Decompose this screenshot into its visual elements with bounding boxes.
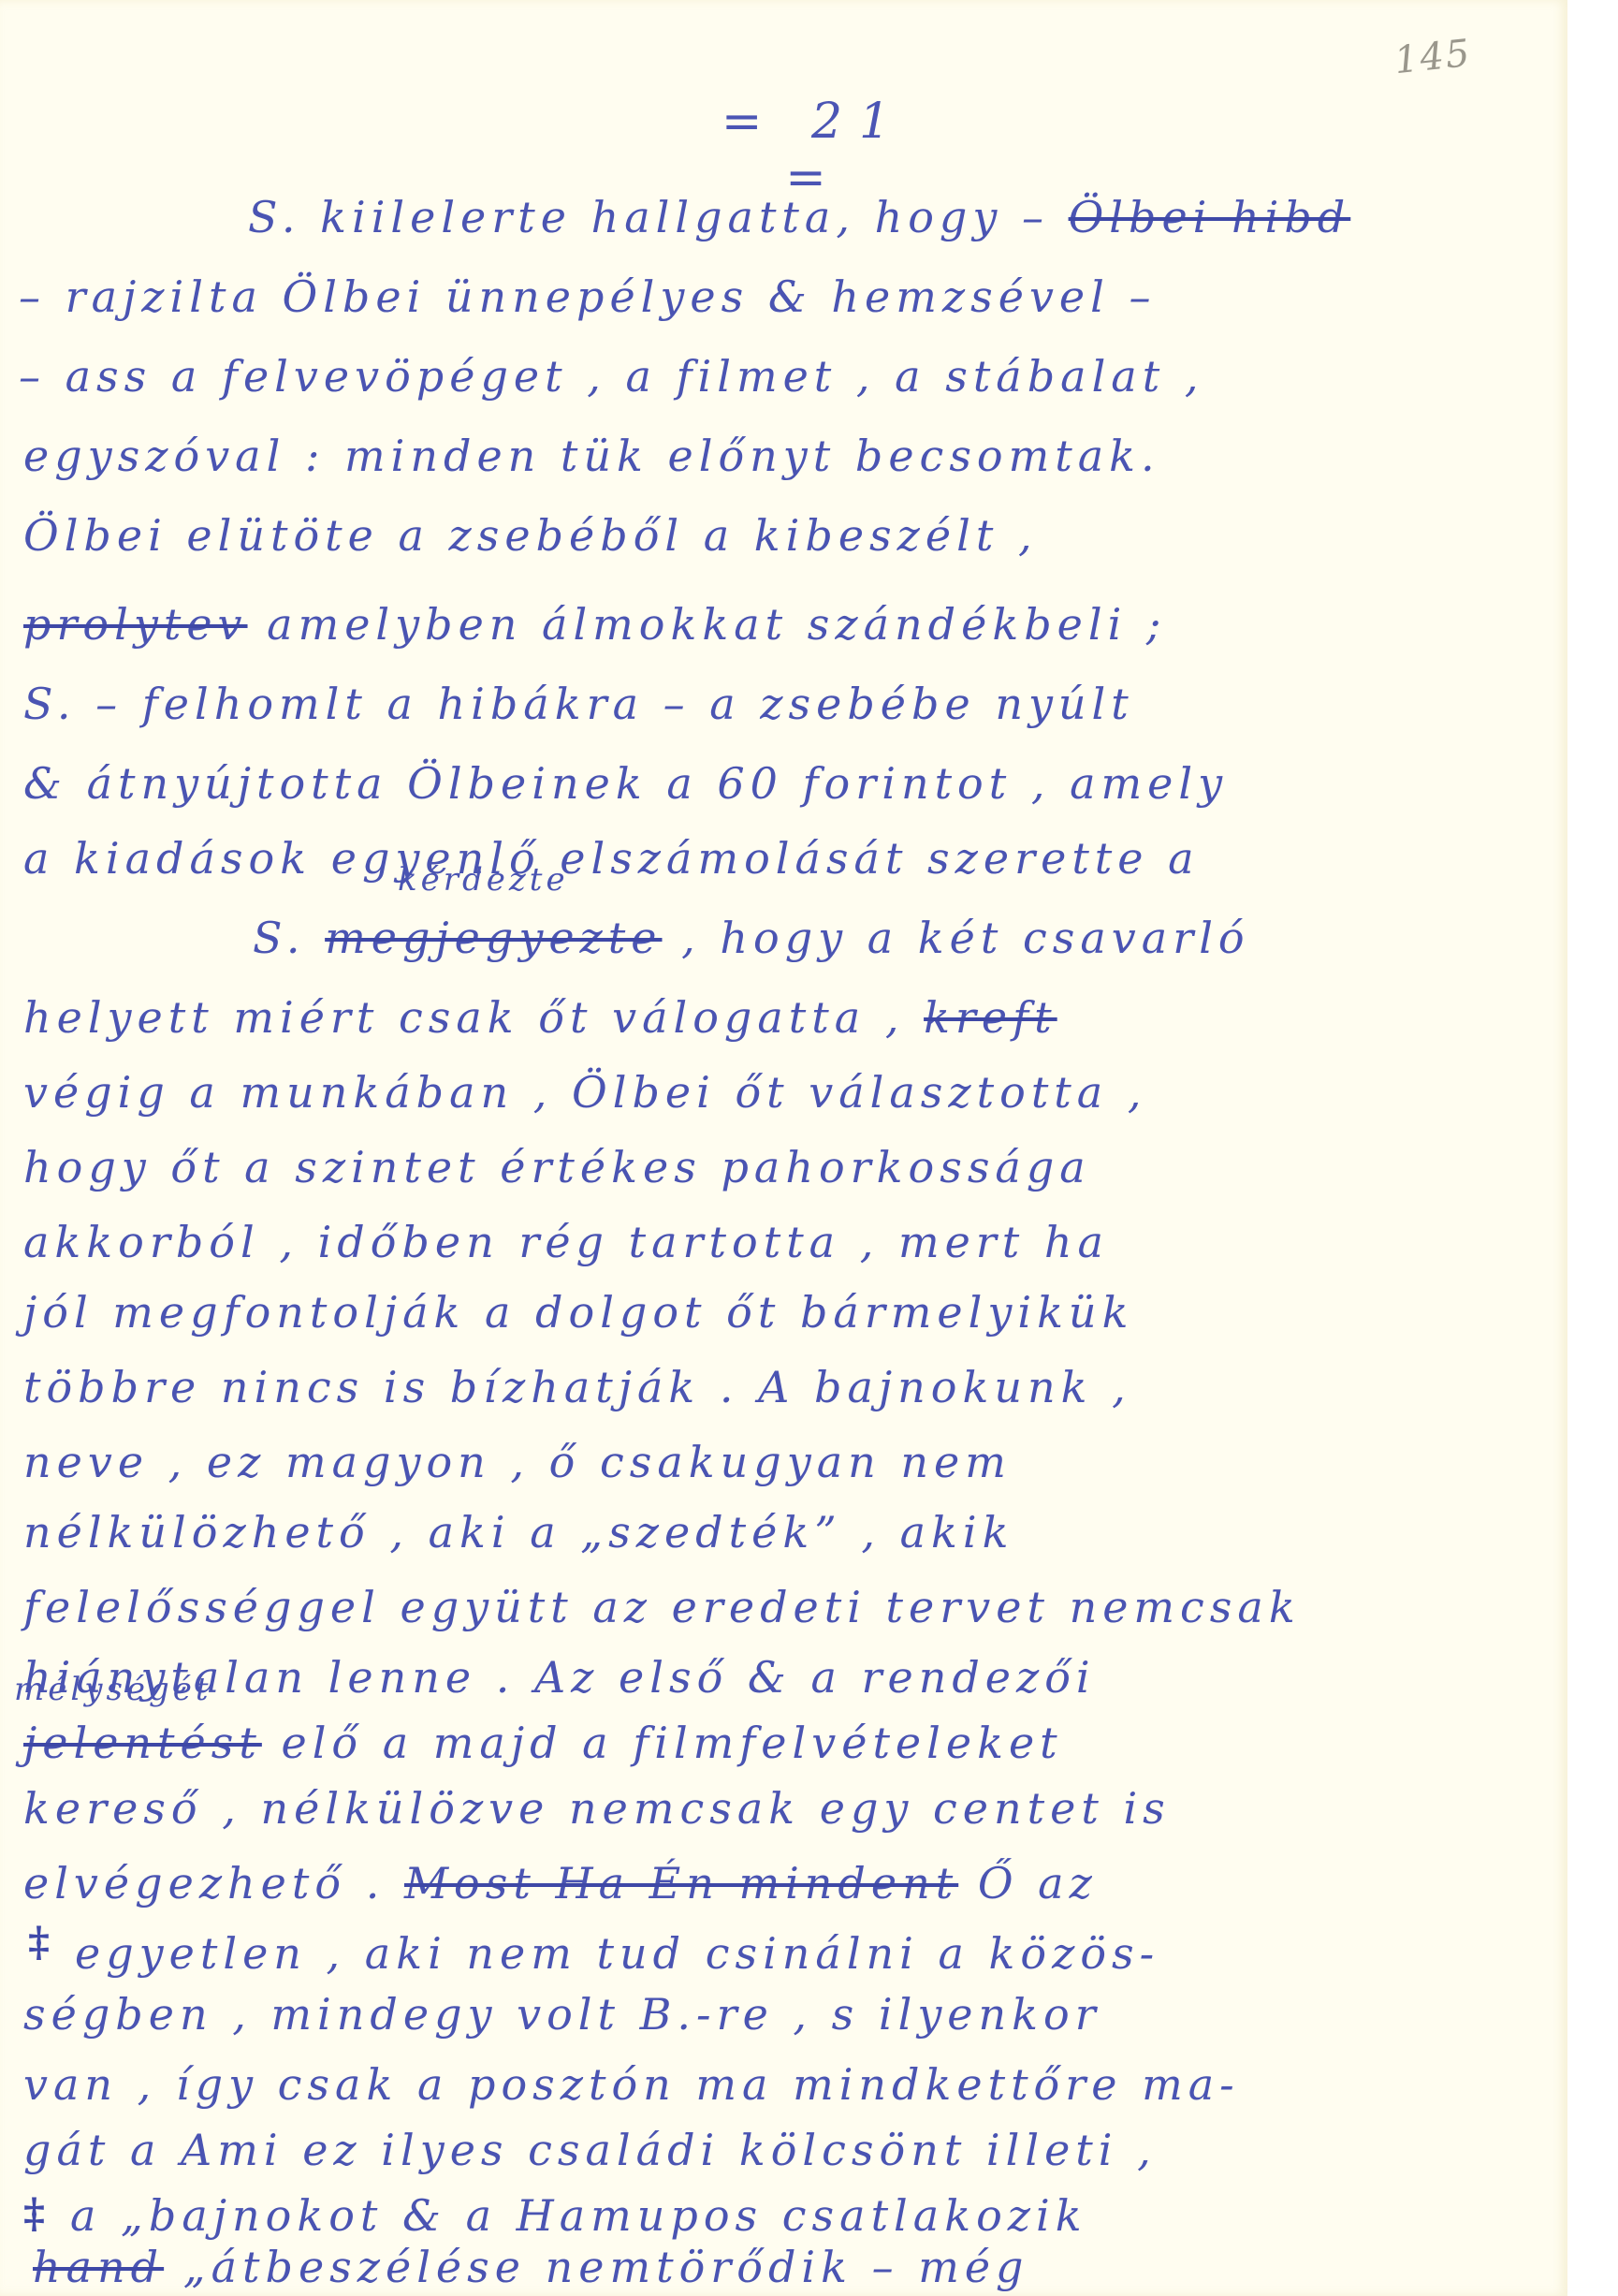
insertion-text: mélységét bbox=[14, 1671, 212, 1708]
manuscript-line: akkorból , időben rég tartotta , mert ha bbox=[23, 1217, 1109, 1267]
line-text: egyetlen , aki nem tud csinálni a közös- bbox=[75, 1928, 1159, 1979]
line-text: amelyben álmokkat szándékbeli ; bbox=[267, 599, 1166, 650]
line-text: , hogy a két csavarló bbox=[681, 913, 1249, 963]
manuscript-line: – ass a felvevöpéget , a filmet , a stáb… bbox=[19, 351, 1203, 402]
manuscript-line: & átnyújtotta Ölbeinek a 60 forintot , a… bbox=[23, 758, 1228, 809]
manuscript-page: 145 = 21 = S. kiilelerte hallgatta, hogy… bbox=[0, 0, 1567, 2296]
line-text: – rajzilta Ölbei ünnepélyes & hemzsével … bbox=[19, 271, 1156, 322]
line-text: Ő az bbox=[978, 1858, 1098, 1908]
line-text: gát a Ami ez ilyes családi kölcsönt ille… bbox=[23, 2125, 1157, 2175]
line-text: végig a munkában , Ölbei őt választotta … bbox=[23, 1067, 1146, 1118]
manuscript-line: egyetlen , aki nem tud csinálni a közös- bbox=[75, 1928, 1159, 1979]
line-text: & átnyújtotta Ölbeinek a 60 forintot , a… bbox=[23, 758, 1228, 809]
line-text: többre nincs is bízhatják . A bajnokunk … bbox=[23, 1362, 1131, 1412]
manuscript-line: végig a munkában , Ölbei őt választotta … bbox=[23, 1067, 1146, 1118]
insertion-text: kérdezte bbox=[398, 861, 569, 899]
margin-mark-icon: ‡ bbox=[28, 1919, 50, 1967]
manuscript-line: jól megfontolják a dolgot őt bármelyikük bbox=[23, 1287, 1133, 1338]
line-text: S. – felhomlt a hibákra – a zsebébe nyúl… bbox=[23, 679, 1134, 729]
line-text: jól megfontolják a dolgot őt bármelyikük bbox=[23, 1287, 1133, 1338]
line-text: akkorból , időben rég tartotta , mert ha bbox=[23, 1217, 1109, 1267]
manuscript-line: hand „átbeszélése nemtörődik – még bbox=[33, 2242, 1029, 2292]
line-text: elvégezhető . bbox=[23, 1858, 404, 1908]
line-text: helyett miért csak őt válogatta , bbox=[23, 992, 904, 1043]
struck-text: Ölbei hibd bbox=[1069, 192, 1351, 242]
line-text: ségben , mindegy volt B.-re , s ilyenkor bbox=[23, 1989, 1101, 2040]
manuscript-line: – rajzilta Ölbei ünnepélyes & hemzsével … bbox=[19, 271, 1156, 322]
line-text: hogy őt a szintet értékes pahorkossága bbox=[23, 1142, 1091, 1192]
line-text: felelősséggel együtt az eredeti tervet n… bbox=[23, 1582, 1301, 1632]
manuscript-line: neve , ez magyon , ő csakugyan nem bbox=[23, 1437, 1012, 1487]
line-text: Ölbei elütöte a zsebéből a kibeszélt , bbox=[23, 510, 1038, 561]
manuscript-line: kereső , nélkülözve nemcsak egy centet i… bbox=[23, 1783, 1171, 1834]
line-text: S. kiilelerte hallgatta, hogy – bbox=[248, 192, 1049, 242]
struck-text: jelentést bbox=[23, 1718, 262, 1768]
struck-text: megjegyezte bbox=[325, 913, 662, 963]
line-text: van , így csak a posztón ma mindkettőre … bbox=[23, 2059, 1240, 2110]
manuscript-line: felelősséggel együtt az eredeti tervet n… bbox=[23, 1582, 1301, 1632]
line-text: neve , ez magyon , ő csakugyan nem bbox=[23, 1437, 1012, 1487]
manuscript-line: van , így csak a posztón ma mindkettőre … bbox=[23, 2059, 1240, 2110]
manuscript-line: elvégezhető . Most Ha Én mindent Ő az bbox=[23, 1858, 1098, 1908]
archive-number: 145 bbox=[1392, 32, 1474, 82]
struck-text: hand bbox=[33, 2242, 164, 2292]
manuscript-line: jelentést elő a majd a filmfelvételeket bbox=[23, 1718, 1063, 1768]
manuscript-line: S. megjegyezte , hogy a két csavarló bbox=[253, 913, 1250, 963]
page-number: = 21 = bbox=[692, 94, 936, 206]
line-text: nélkülözhető , aki a „szedték” , akik bbox=[23, 1507, 1013, 1557]
struck-text: kreft bbox=[924, 992, 1057, 1043]
line-start: S. bbox=[253, 913, 325, 963]
manuscript-line: S. – felhomlt a hibákra – a zsebébe nyúl… bbox=[23, 679, 1134, 729]
line-text: egyszóval : minden tük előnyt becsomtak. bbox=[23, 431, 1160, 481]
manuscript-line: helyett miért csak őt válogatta , kreft bbox=[23, 992, 1057, 1043]
line-text: a kiadások egyenlő elszámolását szerette… bbox=[23, 833, 1200, 884]
manuscript-line: hogy őt a szintet értékes pahorkossága bbox=[23, 1142, 1091, 1192]
line-text: – ass a felvevöpéget , a filmet , a stáb… bbox=[19, 351, 1203, 402]
margin-mark-icon: ‡ bbox=[23, 2190, 45, 2238]
line-text: elő a majd a filmfelvételeket bbox=[281, 1718, 1062, 1768]
struck-text: prolytev bbox=[23, 599, 248, 650]
manuscript-line: egyszóval : minden tük előnyt becsomtak. bbox=[23, 431, 1160, 481]
line-text: kereső , nélkülözve nemcsak egy centet i… bbox=[23, 1783, 1171, 1834]
line-text: a „bajnokot & a Hamupos csatlakozik bbox=[70, 2190, 1087, 2241]
manuscript-line: S. kiilelerte hallgatta, hogy – Ölbei hi… bbox=[248, 192, 1350, 242]
manuscript-line: többre nincs is bízhatják . A bajnokunk … bbox=[23, 1362, 1131, 1412]
manuscript-line: a kiadások egyenlő elszámolását szerette… bbox=[23, 833, 1200, 884]
manuscript-line: ségben , mindegy volt B.-re , s ilyenkor bbox=[23, 1989, 1101, 2040]
manuscript-line: prolytev amelyben álmokkat szándékbeli ; bbox=[23, 599, 1166, 650]
manuscript-line: gát a Ami ez ilyes családi kölcsönt ille… bbox=[23, 2125, 1157, 2175]
manuscript-line: nélkülözhető , aki a „szedték” , akik bbox=[23, 1507, 1013, 1557]
line-text: „átbeszélése nemtörődik – még bbox=[183, 2242, 1029, 2292]
struck-text: Most Ha Én mindent bbox=[404, 1858, 958, 1908]
manuscript-line: a „bajnokot & a Hamupos csatlakozik bbox=[70, 2190, 1087, 2241]
manuscript-line: Ölbei elütöte a zsebéből a kibeszélt , bbox=[23, 510, 1038, 561]
